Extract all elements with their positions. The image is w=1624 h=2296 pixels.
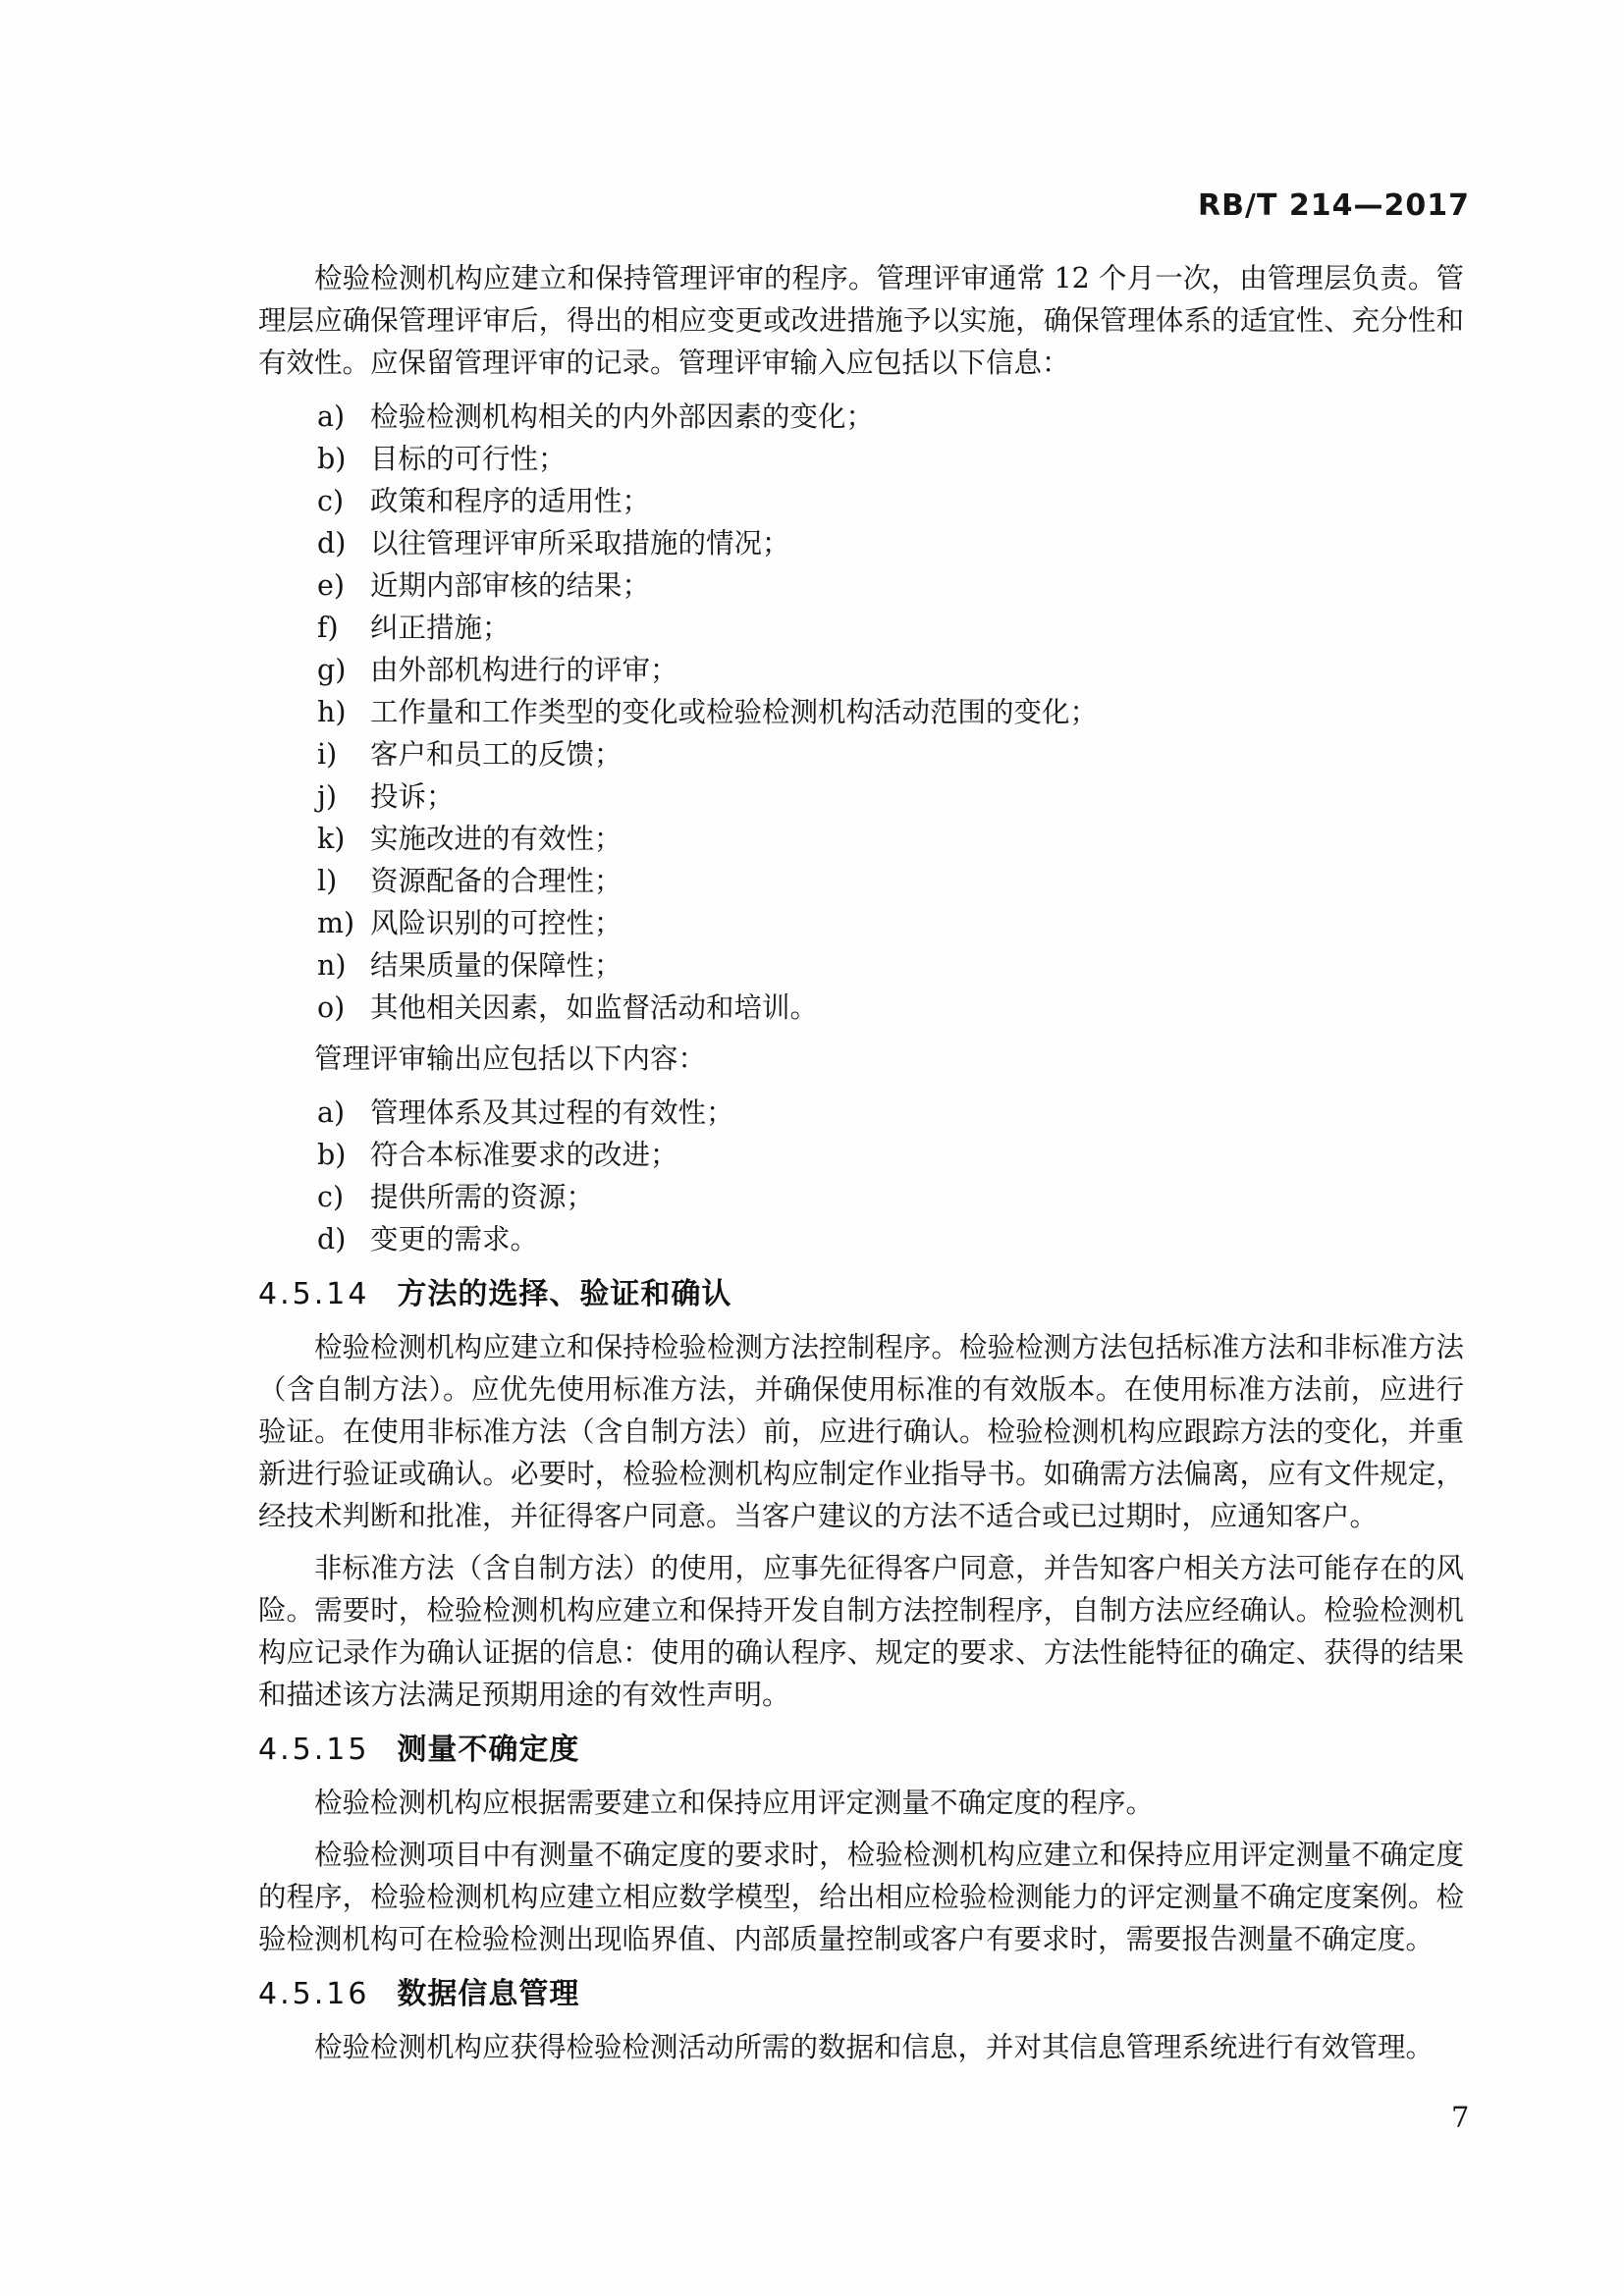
list-item-text: 由外部机构进行的评审；: [370, 649, 1464, 691]
list-item: o)其他相关因素，如监督活动和培训。: [258, 987, 1464, 1029]
list-item-text: 纠正措施；: [370, 607, 1464, 649]
list-marker: c): [317, 1176, 370, 1218]
list-item: i)客户和员工的反馈；: [258, 733, 1464, 775]
heading-number: 4.5.14: [258, 1277, 369, 1311]
list-marker: f): [317, 607, 370, 649]
list-item: b)目标的可行性；: [258, 438, 1464, 480]
heading-title: 测量不确定度: [397, 1733, 579, 1767]
section-heading: 4.5.15测量不确定度: [258, 1729, 1464, 1772]
list-item: c)政策和程序的适用性；: [258, 480, 1464, 522]
list-item-text: 风险识别的可控性；: [370, 902, 1464, 944]
list-item-text: 客户和员工的反馈；: [370, 733, 1464, 775]
list-item-text: 提供所需的资源；: [370, 1176, 1464, 1218]
list-item-text: 以往管理评审所采取措施的情况；: [370, 522, 1464, 564]
list-item-text: 目标的可行性；: [370, 438, 1464, 480]
list-marker: b): [317, 1134, 370, 1176]
list-marker: h): [317, 691, 370, 733]
paragraph: 检验检测机构应根据需要建立和保持应用评定测量不确定度的程序。: [258, 1782, 1464, 1824]
section-heading: 4.5.16数据信息管理: [258, 1973, 1464, 2016]
list-item-text: 实施改进的有效性；: [370, 818, 1464, 860]
list-marker: a): [317, 1092, 370, 1134]
list-marker: c): [317, 480, 370, 522]
paragraph: 管理评审输出应包括以下内容：: [258, 1038, 1464, 1080]
list-marker: b): [317, 438, 370, 480]
list-item: n)结果质量的保障性；: [258, 944, 1464, 987]
list-marker: g): [317, 649, 370, 691]
list-marker: l): [317, 860, 370, 902]
list-marker: i): [317, 733, 370, 775]
list-marker: e): [317, 564, 370, 607]
heading-number: 4.5.16: [258, 1977, 369, 2011]
ordered-list: a)管理体系及其过程的有效性；b)符合本标准要求的改进；c)提供所需的资源；d)…: [258, 1092, 1464, 1260]
paragraph: 检验检测机构应获得检验检测活动所需的数据和信息，并对其信息管理系统进行有效管理。: [258, 2026, 1464, 2068]
list-item-text: 结果质量的保障性；: [370, 944, 1464, 987]
list-item: k)实施改进的有效性；: [258, 818, 1464, 860]
list-item: d)以往管理评审所采取措施的情况；: [258, 522, 1464, 564]
list-marker: d): [317, 1218, 370, 1260]
list-item-text: 工作量和工作类型的变化或检验检测机构活动范围的变化；: [370, 691, 1464, 733]
list-item: d)变更的需求。: [258, 1218, 1464, 1260]
list-item: f)纠正措施；: [258, 607, 1464, 649]
list-item-text: 政策和程序的适用性；: [370, 480, 1464, 522]
list-marker: m): [317, 902, 370, 944]
heading-title: 方法的选择、验证和确认: [397, 1277, 731, 1311]
list-item: m)风险识别的可控性；: [258, 902, 1464, 944]
list-item-text: 管理体系及其过程的有效性；: [370, 1092, 1464, 1134]
list-item-text: 近期内部审核的结果；: [370, 564, 1464, 607]
paragraph: 检验检测机构应建立和保持管理评审的程序。管理评审通常 12 个月一次，由管理层负…: [258, 257, 1464, 384]
paragraph: 非标准方法（含自制方法）的使用，应事先征得客户同意，并告知客户相关方法可能存在的…: [258, 1547, 1464, 1716]
list-item: a)检验检测机构相关的内外部因素的变化；: [258, 396, 1464, 438]
list-item-text: 符合本标准要求的改进；: [370, 1134, 1464, 1176]
list-marker: o): [317, 987, 370, 1029]
list-item: l)资源配备的合理性；: [258, 860, 1464, 902]
paragraph: 检验检测机构应建立和保持检验检测方法控制程序。检验检测方法包括标准方法和非标准方…: [258, 1326, 1464, 1537]
list-marker: d): [317, 522, 370, 564]
heading-number: 4.5.15: [258, 1733, 369, 1767]
list-item-text: 变更的需求。: [370, 1218, 1464, 1260]
paragraph: 检验检测项目中有测量不确定度的要求时，检验检测机构应建立和保持应用评定测量不确定…: [258, 1834, 1464, 1960]
ordered-list: a)检验检测机构相关的内外部因素的变化；b)目标的可行性；c)政策和程序的适用性…: [258, 396, 1464, 1029]
list-marker: k): [317, 818, 370, 860]
header-doc-code: RB/T 214—2017: [1198, 188, 1470, 223]
list-item-text: 投诉；: [370, 775, 1464, 818]
list-item: g)由外部机构进行的评审；: [258, 649, 1464, 691]
page-number: 7: [1451, 2101, 1469, 2134]
document-body: 检验检测机构应建立和保持管理评审的程序。管理评审通常 12 个月一次，由管理层负…: [258, 257, 1464, 2068]
heading-title: 数据信息管理: [397, 1977, 579, 2011]
list-item: b)符合本标准要求的改进；: [258, 1134, 1464, 1176]
list-item: e)近期内部审核的结果；: [258, 564, 1464, 607]
list-item-text: 资源配备的合理性；: [370, 860, 1464, 902]
list-marker: n): [317, 944, 370, 987]
list-item-text: 检验检测机构相关的内外部因素的变化；: [370, 396, 1464, 438]
list-item: c)提供所需的资源；: [258, 1176, 1464, 1218]
document-page: RB/T 214—2017 检验检测机构应建立和保持管理评审的程序。管理评审通常…: [0, 0, 1624, 2296]
list-item: h)工作量和工作类型的变化或检验检测机构活动范围的变化；: [258, 691, 1464, 733]
list-item: j)投诉；: [258, 775, 1464, 818]
list-marker: j): [317, 775, 370, 818]
section-heading: 4.5.14方法的选择、验证和确认: [258, 1273, 1464, 1316]
list-marker: a): [317, 396, 370, 438]
list-item: a)管理体系及其过程的有效性；: [258, 1092, 1464, 1134]
list-item-text: 其他相关因素，如监督活动和培训。: [370, 987, 1464, 1029]
